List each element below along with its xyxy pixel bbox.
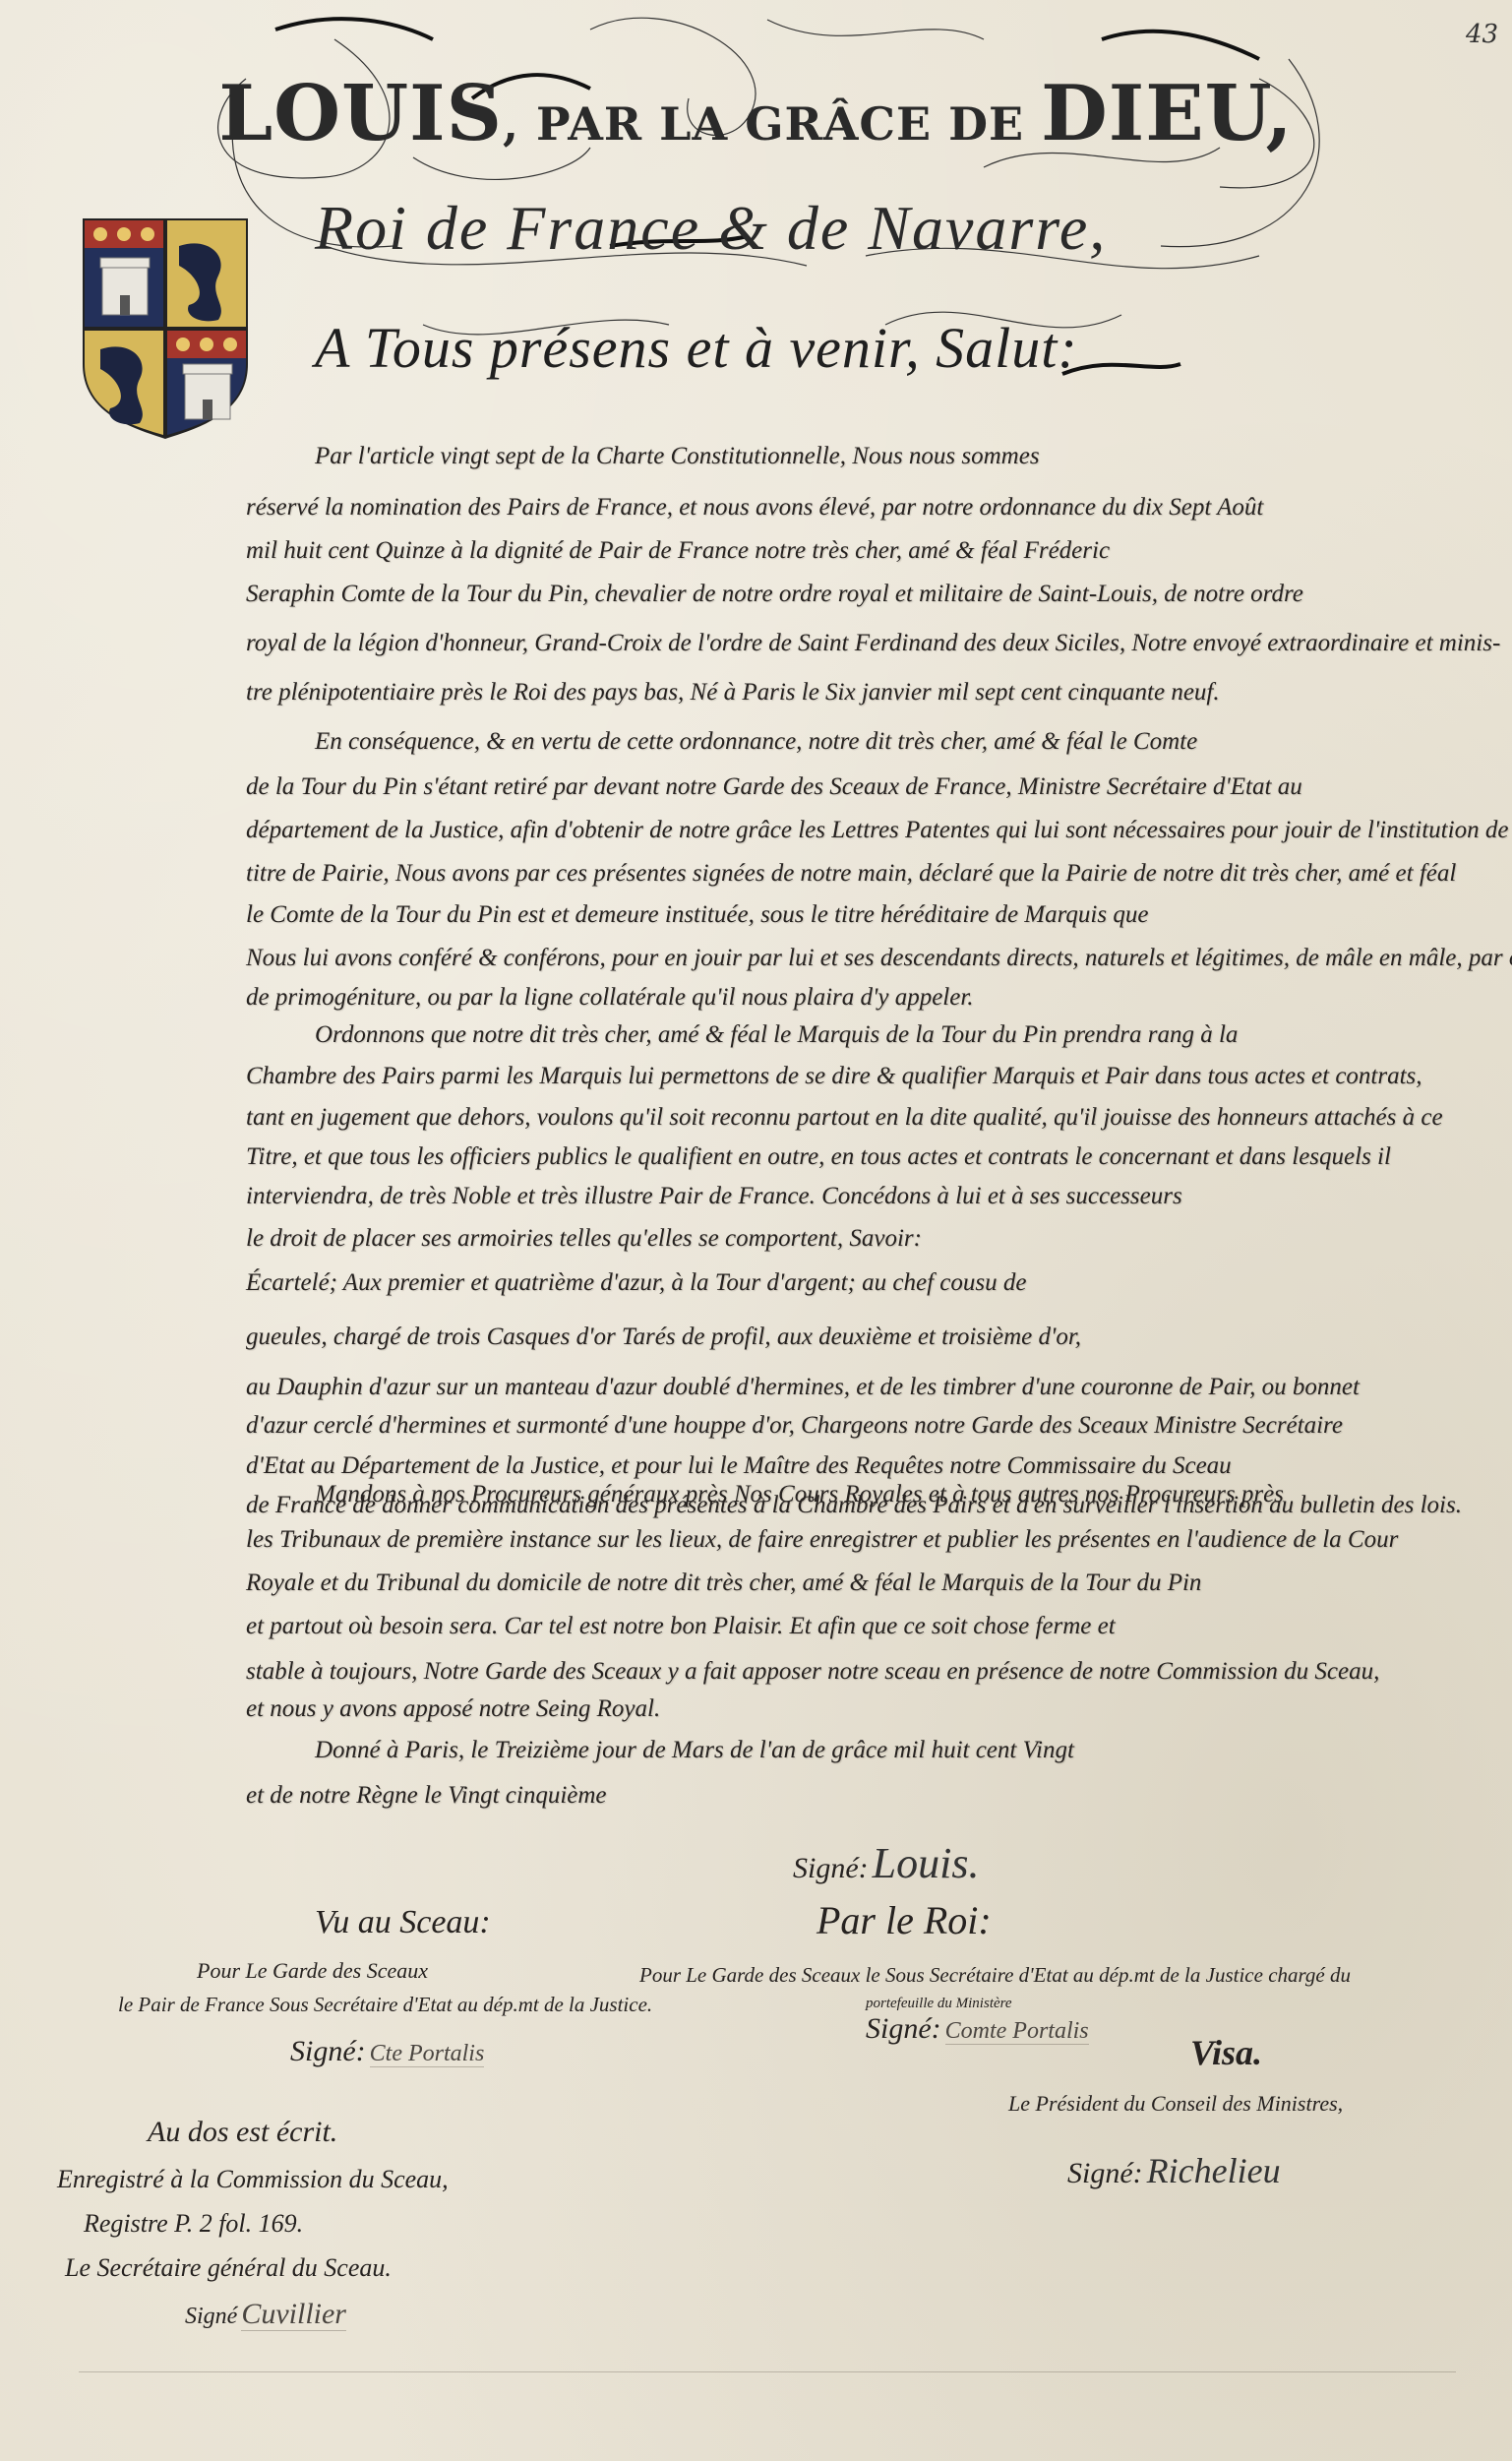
body-line: gueules, chargé de trois Casques d'or Ta…: [246, 1323, 1081, 1351]
body-line: interviendra, de très Noble et très illu…: [246, 1183, 1182, 1210]
signe-label: Signé:: [866, 2012, 941, 2045]
par-le-roi-line1: Pour Le Garde des Sceaux le Sous Secréta…: [639, 1963, 1351, 1988]
vu-au-sceau-signature: Signé: Cte Portalis: [290, 2035, 484, 2068]
body-line: Nous lui avons conféré & conférons, pour…: [246, 945, 1512, 972]
king-signature: Signé: Louis.: [793, 1838, 979, 1888]
body-line: Donné à Paris, le Treizième jour de Mars…: [315, 1737, 1074, 1764]
body-line: Titre, et que tous les officiers publics…: [246, 1143, 1391, 1171]
body-line: Ordonnons que notre dit très cher, amé &…: [315, 1021, 1238, 1049]
title-par-la-grace: , PAR LA GRÂCE DE: [503, 97, 1041, 151]
par-le-roi-heading: Par le Roi:: [816, 1897, 992, 1943]
body-line: En conséquence, & en vertu de cette ordo…: [315, 728, 1197, 756]
body-line: département de la Justice, afin d'obteni…: [246, 817, 1512, 844]
body-line: de la Tour du Pin s'étant retiré par dev…: [246, 773, 1302, 801]
body-line: Mandons à nos Procureurs généraux près N…: [315, 1481, 1284, 1508]
body-line: stable à toujours, Notre Garde des Sceau…: [246, 1658, 1379, 1686]
body-line: les Tribunaux de première instance sur l…: [246, 1526, 1398, 1554]
comte-portalis-signature: Comte Portalis: [945, 2018, 1089, 2045]
endorsement-line1: Enregistré à la Commission du Sceau,: [57, 2165, 449, 2194]
title-dieu: DIEU,: [1041, 69, 1294, 158]
vu-au-sceau-heading: Vu au Sceau:: [315, 1904, 491, 1941]
body-line: réservé la nomination des Pairs de Franc…: [246, 494, 1263, 522]
body-line: au Dauphin d'azur sur un manteau d'azur …: [246, 1374, 1360, 1401]
king-signature-name: Louis.: [873, 1839, 980, 1887]
signe-label: Signé:: [793, 1852, 869, 1884]
visa-title: Le Président du Conseil des Ministres,: [1008, 2091, 1343, 2117]
vu-au-sceau-line2: le Pair de France Sous Secrétaire d'Etat…: [118, 1993, 652, 2017]
visa-signature: Signé: Richelieu: [1067, 2150, 1281, 2191]
coat-of-arms-icon: [81, 216, 250, 441]
body-line: Écartelé; Aux premier et quatrième d'azu…: [246, 1269, 1026, 1297]
body-line: mil huit cent Quinze à la dignité de Pai…: [246, 537, 1110, 565]
endorsement-line2: Registre P. 2 fol. 169.: [84, 2209, 303, 2239]
body-line: titre de Pairie, Nous avons par ces prés…: [246, 860, 1456, 888]
body-line: tre plénipotentiaire près le Roi des pay…: [246, 679, 1220, 707]
body-line: Chambre des Pairs parmi les Marquis lui …: [246, 1063, 1422, 1090]
body-line: le droit de placer ses armoiries telles …: [246, 1225, 922, 1253]
roi-de-france-subtitle: Roi de France & de Navarre,: [315, 192, 1107, 265]
endorsement-heading: Au dos est écrit.: [148, 2116, 337, 2149]
body-line: et partout où besoin sera. Car tel est n…: [246, 1613, 1116, 1640]
endorsement-line3: Le Secrétaire général du Sceau.: [65, 2253, 392, 2283]
vu-au-sceau-line1: Pour Le Garde des Sceaux: [197, 1958, 428, 1984]
king-title: LOUIS, PAR LA GRÂCE DE DIEU,: [0, 69, 1512, 158]
endorsement-signature: Signé Cuvillier: [185, 2298, 346, 2331]
salutation: A Tous présens et à venir, Salut:: [315, 315, 1078, 381]
body-line: Par l'article vingt sept de la Charte Co…: [315, 443, 1040, 470]
body-line: royal de la légion d'honneur, Grand-Croi…: [246, 630, 1500, 657]
body-line: d'Etat au Département de la Justice, et …: [246, 1452, 1232, 1480]
signe-label: Signé: [185, 2304, 237, 2329]
title-louis: LOUIS: [218, 69, 503, 158]
body-line: tant en jugement que dehors, voulons qu'…: [246, 1104, 1443, 1132]
body-line: de primogéniture, ou par la ligne collat…: [246, 984, 974, 1012]
cuvillier-signature: Cuvillier: [241, 2298, 346, 2331]
body-line: Seraphin Comte de la Tour du Pin, cheval…: [246, 581, 1303, 608]
richelieu-signature: Richelieu: [1147, 2151, 1281, 2190]
body-line: Royale et du Tribunal du domicile de not…: [246, 1569, 1201, 1597]
portalis-signature: Cte Portalis: [370, 2041, 485, 2067]
body-line: et de notre Règne le Vingt cinquième: [246, 1782, 607, 1810]
fold-line: [79, 2371, 1456, 2372]
body-line: d'azur cerclé d'hermines et surmonté d'u…: [246, 1412, 1343, 1440]
body-line: le Comte de la Tour du Pin est et demeur…: [246, 901, 1148, 929]
visa-heading: Visa.: [1190, 2032, 1262, 2073]
par-le-roi-line2: portefeuille du Ministère: [866, 1996, 1012, 2012]
par-le-roi-signature: Signé: Comte Portalis: [866, 2012, 1089, 2046]
body-line: et nous y avons apposé notre Seing Royal…: [246, 1695, 660, 1723]
signe-label: Signé:: [290, 2035, 366, 2067]
signe-label: Signé:: [1067, 2157, 1143, 2189]
